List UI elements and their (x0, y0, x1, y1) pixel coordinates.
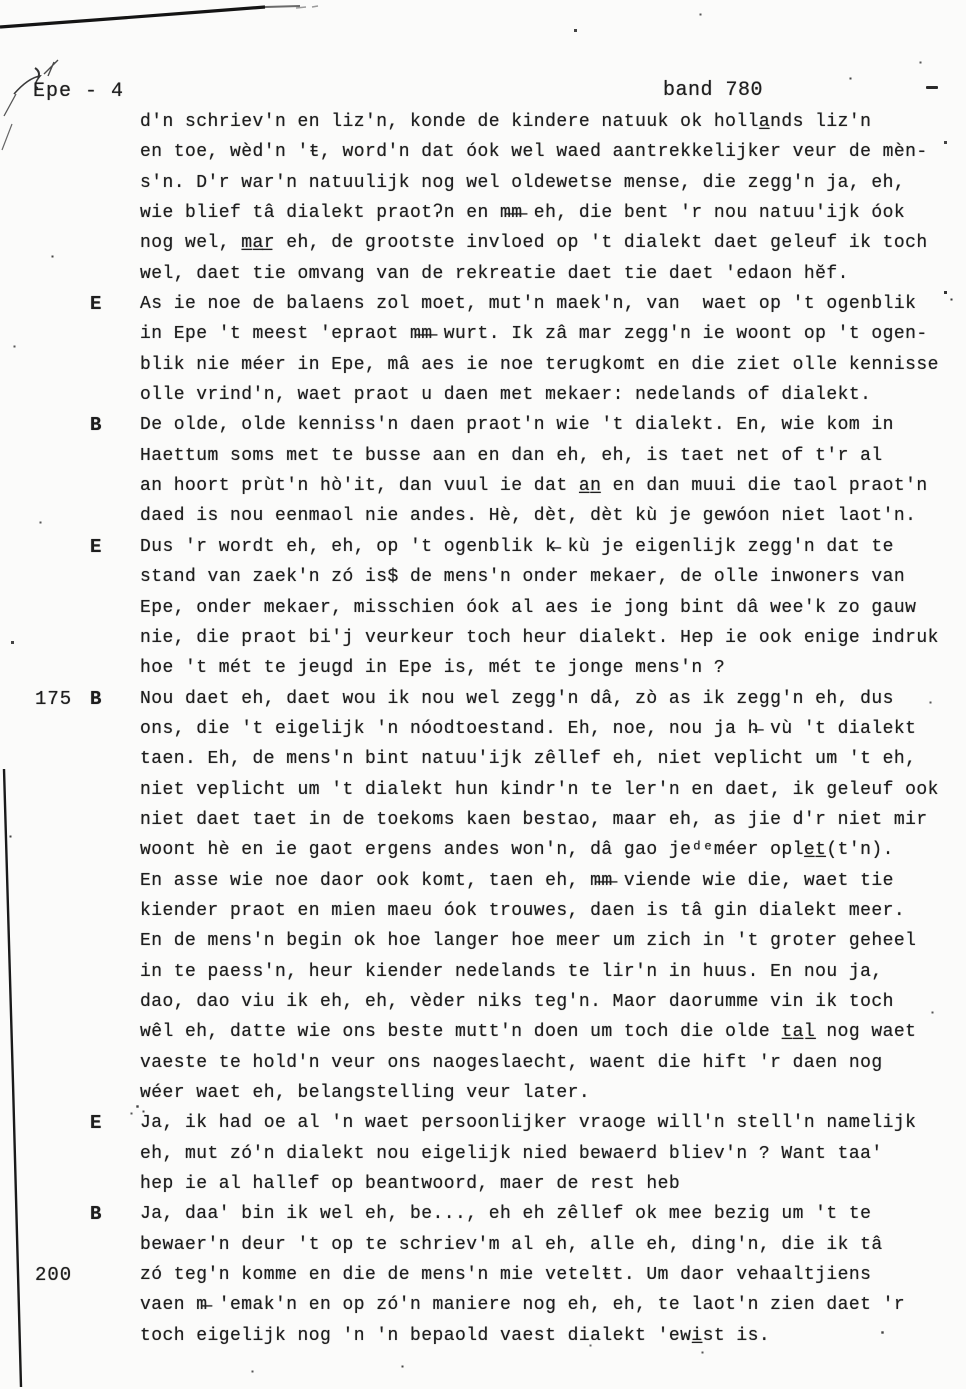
line-text: ons, die 't eigelijk 'n nóodtoestand. Eh… (140, 719, 916, 739)
speaker-label: E (90, 293, 101, 315)
transcript-line: s'n. D'r war'n natuulijk nog wel oldewet… (35, 170, 955, 200)
line-text: vaen m̶ 'emak'n en op zó'n maniere nog e… (140, 1295, 905, 1315)
transcript-line: wêl eh, datte wie ons beste mutt'n doen … (35, 1019, 955, 1049)
transcript-line: 175BNou daet eh, daet wou ik nou wel zeg… (35, 686, 955, 716)
transcript-line: hep ie al hallef op beantwoord, maer de … (35, 1171, 955, 1201)
speaker-label: B (90, 688, 101, 710)
transcript-body: d'n schriev'n en liz'n, konde de kindere… (35, 109, 955, 1353)
band-label: band 780 (663, 79, 763, 102)
transcript-line: blik nie méer in Epe, mâ aes ie noe teru… (35, 352, 955, 382)
transcript-line: wéer waet eh, belangstelling veur later. (35, 1080, 955, 1110)
transcript-line: vaen m̶ 'emak'n en op zó'n maniere nog e… (35, 1292, 955, 1322)
transcript-line: wel, daet tie omvang van de rekreatie da… (35, 261, 955, 291)
line-text: nie, die praot bi'j veurkeur toch heur d… (140, 628, 939, 648)
transcript-line: dao, dao viu ik eh, eh, vèder niks teg'n… (35, 989, 955, 1019)
line-text: wie blief tâ dialekt praotʔn en m̶m̶ eh,… (140, 203, 905, 223)
line-number: 200 (35, 1264, 72, 1286)
transcript-line: taen. Eh, de mens'n bint natuu'ijk zêlle… (35, 746, 955, 776)
line-text: En asse wie noe daor ook komt, taen eh, … (140, 871, 894, 891)
line-text: woont hè en ie gaot ergens andes won'n, … (140, 840, 894, 860)
line-text: niet veplicht um 't dialekt hun kindr'n … (140, 780, 939, 800)
transcript-line: wie blief tâ dialekt praotʔn en m̶m̶ eh,… (35, 200, 955, 230)
line-text: olle vrind'n, waet praot u daen met meka… (140, 385, 871, 405)
line-text: nog wel, m̲a̲r̲ eh, de grootste invloed … (140, 233, 928, 253)
line-text: wêl eh, datte wie ons beste mutt'n doen … (140, 1022, 916, 1042)
transcript-line: 200zó teg'n komme en die de mens'n mie v… (35, 1262, 955, 1292)
transcript-line: niet daet taet in de toekoms kaen bestao… (35, 807, 955, 837)
line-text: kiender praot en mien maeu óok trouwes, … (140, 901, 905, 921)
line-text: En de mens'n begin ok hoe langer hoe mee… (140, 931, 916, 951)
line-text: s'n. D'r war'n natuulijk nog wel oldewet… (140, 173, 905, 193)
line-text: hoe 't mét te jeugd in Epe is, mét te jo… (140, 658, 725, 678)
transcript-line: bewaer'n deur 't op te schriev'm al eh, … (35, 1232, 955, 1262)
transcript-line: en toe, wèd'n 'ŧ, word'n dat óok wel wae… (35, 139, 955, 169)
speaker-label: E (90, 1112, 101, 1134)
transcript-line: olle vrind'n, waet praot u daen met meka… (35, 382, 955, 412)
transcript-line: En de mens'n begin ok hoe langer hoe mee… (35, 928, 955, 958)
speaker-label: B (90, 1203, 101, 1225)
transcript-line: niet veplicht um 't dialekt hun kindr'n … (35, 777, 955, 807)
line-text: in Epe 't meest 'epraot m̶m̶ wurt. Ik zâ… (140, 324, 928, 344)
transcript-line: ons, die 't eigelijk 'n nóodtoestand. Eh… (35, 716, 955, 746)
transcript-line: an hoort prùt'n hò'it, dan vuul ie dat a… (35, 473, 955, 503)
transcript-line: hoe 't mét te jeugd in Epe is, mét te jo… (35, 655, 955, 685)
line-text: wéer waet eh, belangstelling veur later. (140, 1083, 590, 1103)
line-text: Dus 'r wordt eh, eh, op 't ogenblik k̶ k… (140, 537, 894, 557)
line-text: Nou daet eh, daet wou ik nou wel zegg'n … (140, 689, 894, 709)
transcript-line: EJa, ik had oe al 'n waet persoonlijker … (35, 1110, 955, 1140)
line-text: As ie noe de balaens zol moet, mut'n mae… (140, 294, 916, 314)
scan-edge-topline (0, 0, 340, 42)
transcript-line: in te paess'n, heur kiender nedelands te… (35, 959, 955, 989)
line-text: eh, mut zó'n dialekt nou eigelijk nied b… (140, 1144, 883, 1164)
line-text: daed is nou eenmaol nie andes. Hè, dèt, … (140, 506, 916, 526)
line-text: stand van zaek'n zó is$ de mens'n onder … (140, 567, 905, 587)
line-text: in te paess'n, heur kiender nedelands te… (140, 962, 883, 982)
transcript-line: vaeste te hold'n veur ons naogeslaecht, … (35, 1050, 955, 1080)
transcript-line: d'n schriev'n en liz'n, konde de kindere… (35, 109, 955, 139)
transcript-line: woont hè en ie gaot ergens andes won'n, … (35, 837, 955, 867)
line-text: Ja, ik had oe al 'n waet persoonlijker v… (140, 1113, 916, 1133)
line-text: Epe, onder mekaer, misschien óok al aes … (140, 598, 916, 618)
line-text: Ja, daa' bin ik wel eh, be..., eh eh zêl… (140, 1204, 871, 1224)
transcript-line: nog wel, m̲a̲r̲ eh, de grootste invloed … (35, 230, 955, 260)
margin-dash-mark (926, 86, 938, 89)
line-text: zó teg'n komme en die de mens'n mie vete… (140, 1265, 871, 1285)
speaker-label: E (90, 536, 101, 558)
line-text: blik nie méer in Epe, mâ aes ie noe teru… (140, 355, 939, 375)
transcript-line: En asse wie noe daor ook komt, taen eh, … (35, 868, 955, 898)
transcript-line: Haettum soms met te busse aan en dan eh,… (35, 443, 955, 473)
line-text: toch eigelijk nog 'n 'n bepaold vaest di… (140, 1326, 770, 1346)
transcript-line: in Epe 't meest 'epraot m̶m̶ wurt. Ik zâ… (35, 321, 955, 351)
line-text: d'n schriev'n en liz'n, konde de kindere… (140, 112, 871, 132)
scanned-document-page: Epe - 4 band 780 d'n schriev'n en liz'n,… (0, 0, 966, 1389)
transcript-line: stand van zaek'n zó is$ de mens'n onder … (35, 564, 955, 594)
line-number: 175 (35, 688, 72, 710)
line-text: an hoort prùt'n hò'it, dan vuul ie dat a… (140, 476, 928, 496)
scan-edge-leftline (0, 763, 32, 1389)
speaker-label: B (90, 414, 101, 436)
scan-specks (0, 0, 1, 1)
line-text: hep ie al hallef op beantwoord, maer de … (140, 1174, 680, 1194)
transcript-line: BJa, daa' bin ik wel eh, be..., eh eh zê… (35, 1201, 955, 1231)
transcript-line: nie, die praot bi'j veurkeur toch heur d… (35, 625, 955, 655)
line-text: vaeste te hold'n veur ons naogeslaecht, … (140, 1053, 883, 1073)
line-text: wel, daet tie omvang van de rekreatie da… (140, 264, 849, 284)
transcript-line: BDe olde, olde kenniss'n daen praot'n wi… (35, 412, 955, 442)
line-text: dao, dao viu ik eh, eh, vèder niks teg'n… (140, 992, 894, 1012)
transcript-line: EAs ie noe de balaens zol moet, mut'n ma… (35, 291, 955, 321)
line-text: niet daet taet in de toekoms kaen bestao… (140, 810, 928, 830)
transcript-line: eh, mut zó'n dialekt nou eigelijk nied b… (35, 1141, 955, 1171)
page-label: Epe - 4 (33, 80, 124, 103)
transcript-line: toch eigelijk nog 'n 'n bepaold vaest di… (35, 1323, 955, 1353)
transcript-line: EDus 'r wordt eh, eh, op 't ogenblik k̶ … (35, 534, 955, 564)
transcript-line: daed is nou eenmaol nie andes. Hè, dèt, … (35, 503, 955, 533)
line-text: taen. Eh, de mens'n bint natuu'ijk zêlle… (140, 749, 916, 769)
line-text: en toe, wèd'n 'ŧ, word'n dat óok wel wae… (140, 142, 928, 162)
transcript-line: kiender praot en mien maeu óok trouwes, … (35, 898, 955, 928)
transcript-line: Epe, onder mekaer, misschien óok al aes … (35, 595, 955, 625)
line-text: bewaer'n deur 't op te schriev'm al eh, … (140, 1235, 883, 1255)
line-text: De olde, olde kenniss'n daen praot'n wie… (140, 415, 894, 435)
line-text: Haettum soms met te busse aan en dan eh,… (140, 446, 883, 466)
